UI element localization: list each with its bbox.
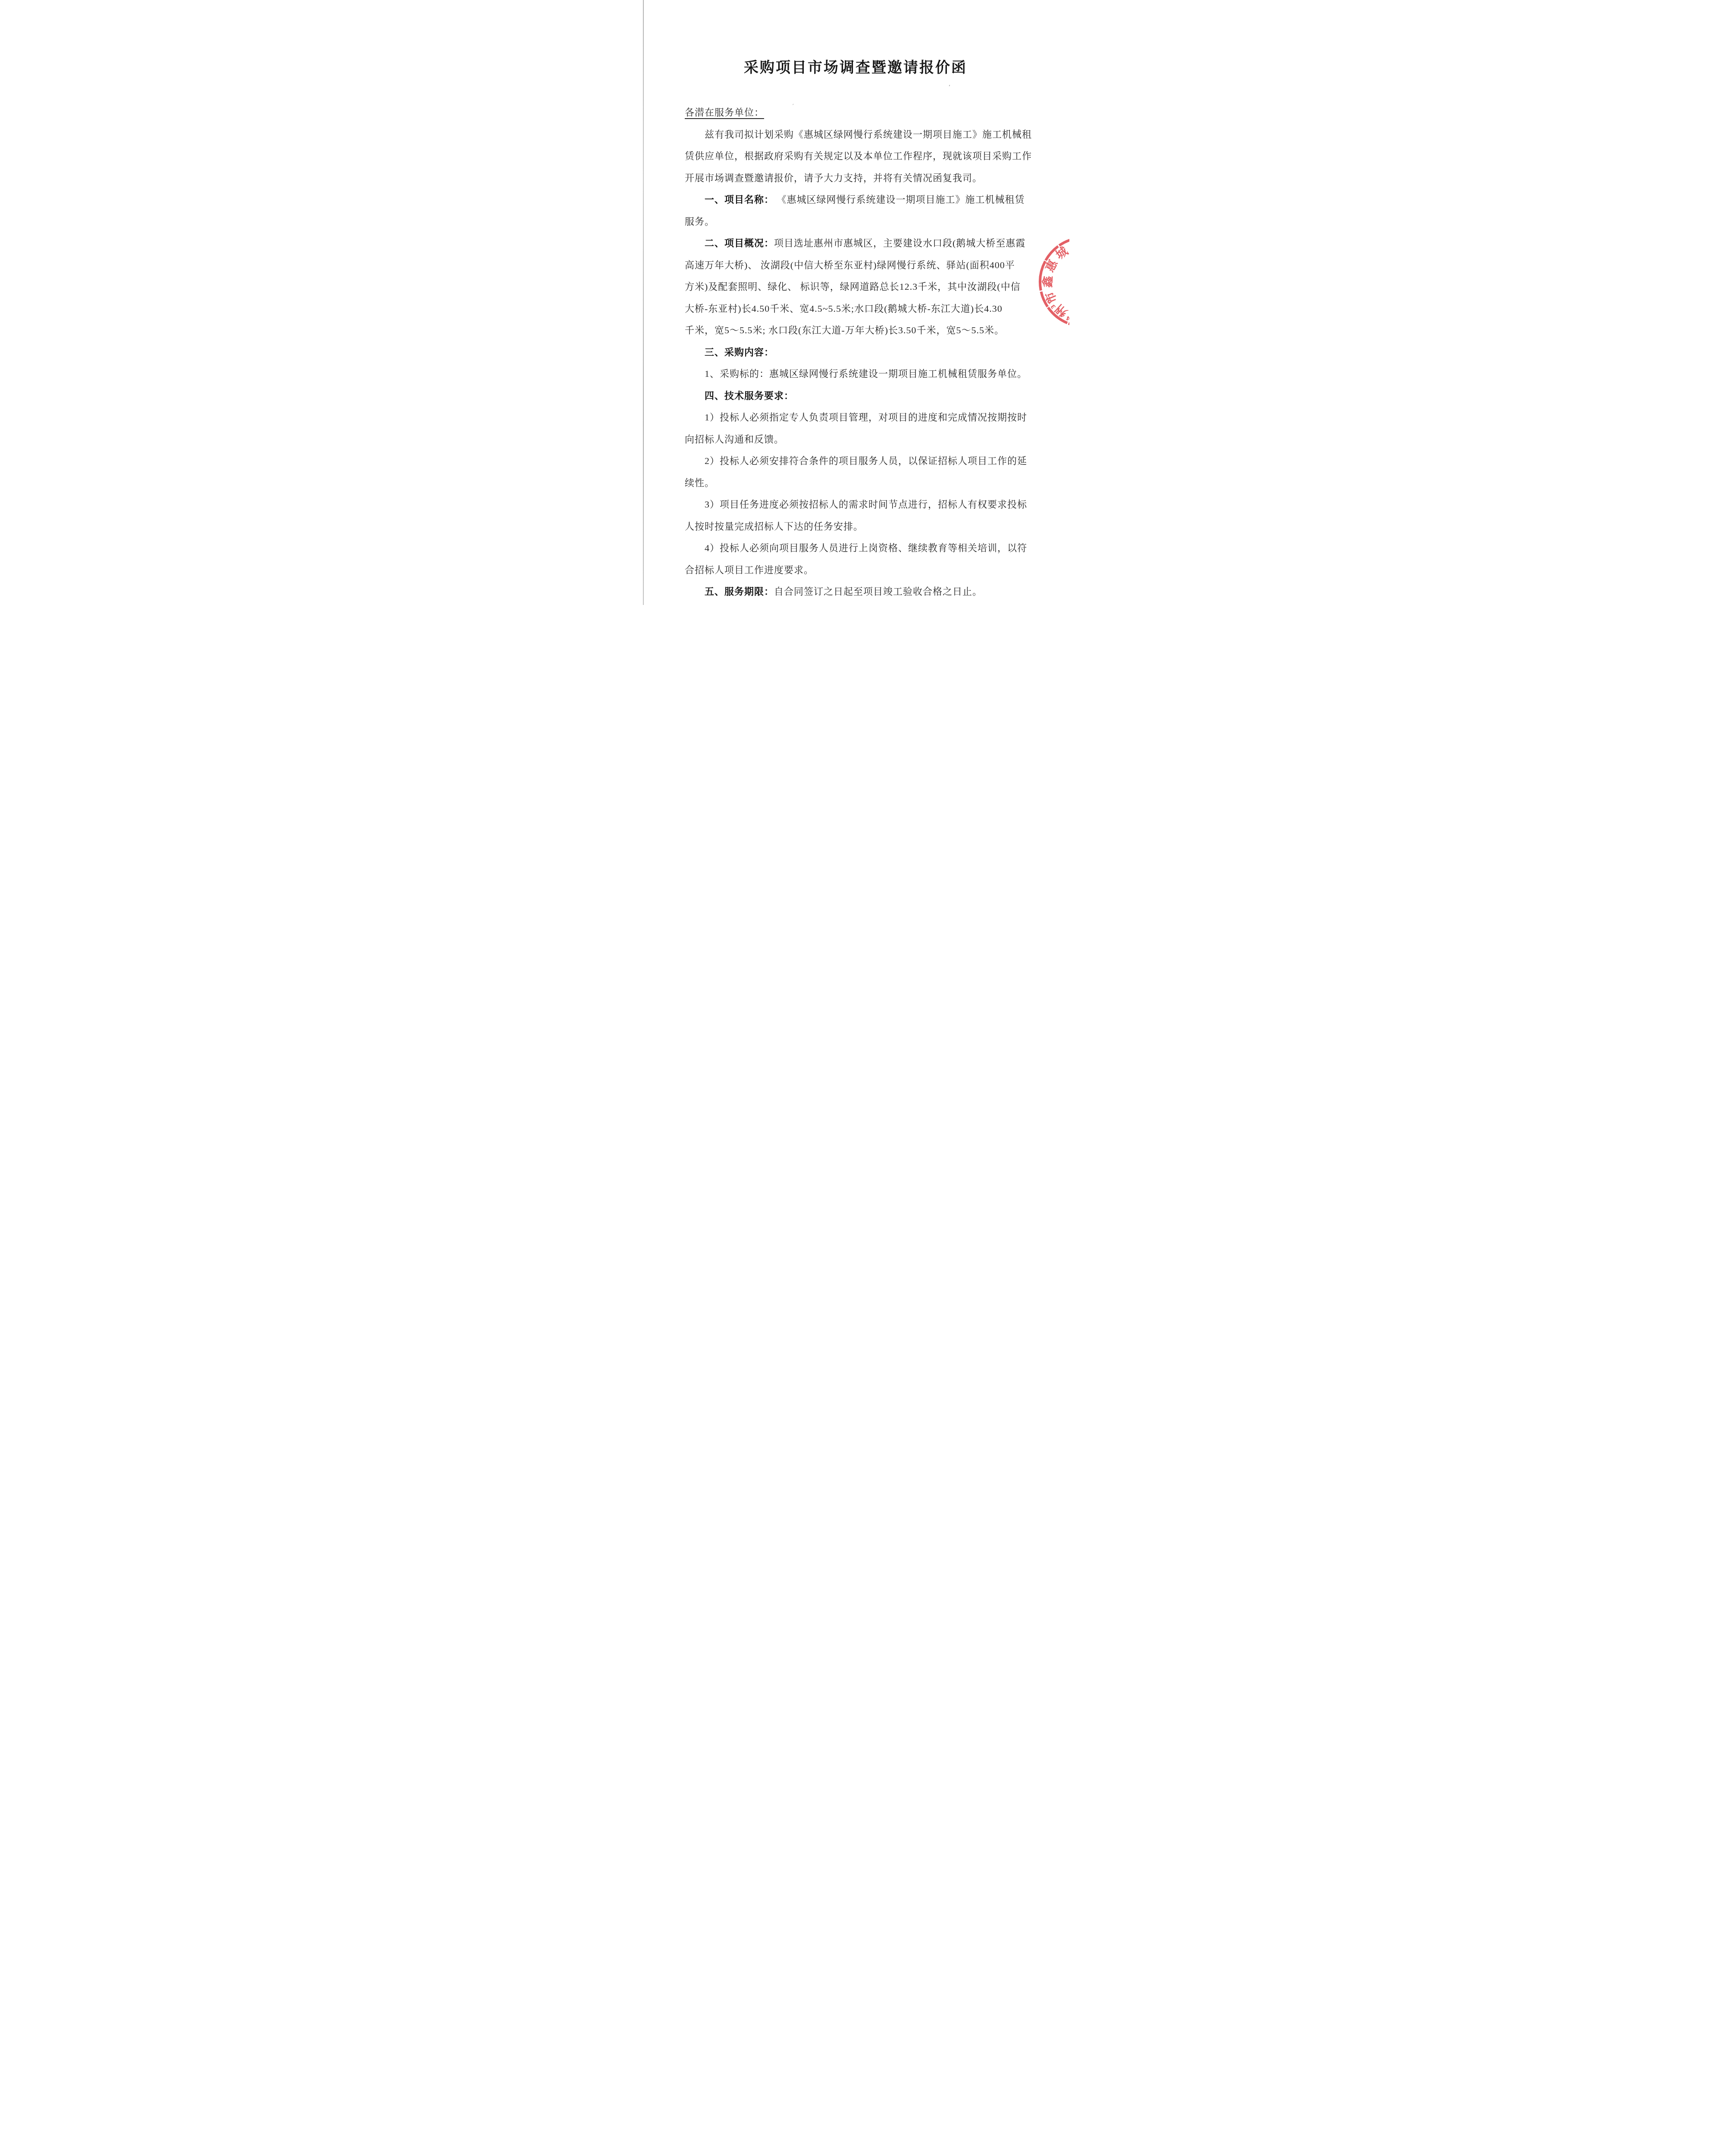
line-text: 高速万年大桥)、 汝湖段(中信大桥至东亚村)绿网慢行系统、驿站(面积400平	[685, 260, 1015, 270]
red-seal-stamp: 惠州市鑫惠城 44130	[1033, 230, 1069, 334]
line-text: 3）项目任务进度必须按招标人的需求时间节点进行，招标人有权要求投标	[705, 499, 1027, 510]
document-line: 人按时按量完成招标人下达的任务安排。	[685, 516, 1037, 538]
line-text: 服务。	[685, 216, 714, 227]
line-text: 自合同签订之日起至项目竣工验收合格之日止。	[774, 586, 982, 597]
line-text: 方米)及配套照明、绿化、 标识等，绿网道路总长12.3千米，其中汝湖段(中信	[685, 281, 1021, 292]
section-label: 一、项目名称：	[705, 194, 774, 205]
page-title: 采购项目市场调查暨邀请报价函	[642, 57, 1069, 78]
document-line: 续性。	[685, 472, 1037, 494]
line-text: 各潜在服务单位：	[685, 107, 764, 118]
line-text: 赁供应单位，根据政府采购有关规定以及本单位工作程序，现就该项目采购工作	[685, 150, 1032, 161]
line-text: 1、采购标的：惠城区绿网慢行系统建设一期项目施工机械租赁服务单位。	[705, 368, 1027, 379]
section-label: 三、采购内容：	[705, 347, 774, 358]
document-line: 开展市场调查暨邀请报价，请予大力支持，并将有关情况函复我司。	[685, 167, 1037, 189]
document-line: 1、采购标的：惠城区绿网慢行系统建设一期项目施工机械租赁服务单位。	[685, 363, 1037, 385]
line-text: 1）投标人必须指定专人负责项目管理，对项目的进度和完成情况按期按时	[705, 412, 1027, 423]
scan-artifact-line	[643, 0, 644, 605]
line-text: 大桥-东亚村)长4.50千米、宽4.5~5.5米;水口段(鹅城大桥-东江大道)长…	[685, 303, 1003, 314]
line-text: 2）投标人必须安排符合条件的项目服务人员，以保证招标人项目工作的延	[705, 455, 1027, 466]
document-line: 五、服务期限：自合同签订之日起至项目竣工验收合格之日止。	[685, 581, 1037, 603]
line-text: 向招标人沟通和反馈。	[685, 434, 784, 445]
line-text: 项目选址惠州市惠城区，主要建设水口段(鹅城大桥至惠霞	[774, 238, 1025, 248]
scan-speck: ’	[949, 85, 950, 90]
document-body: 各潜在服务单位：兹有我司拟计划采购《惠城区绿网慢行系统建设一期项目施工》施工机械…	[685, 102, 1037, 603]
line-text: 续性。	[685, 477, 714, 488]
document-line: 服务。	[685, 211, 1037, 233]
document-line: 2）投标人必须安排符合条件的项目服务人员，以保证招标人项目工作的延	[685, 450, 1037, 472]
line-text: 4）投标人必须向项目服务人员进行上岗资格、继续教育等相关培训，以符	[705, 542, 1027, 553]
document-line: 兹有我司拟计划采购《惠城区绿网慢行系统建设一期项目施工》施工机械租	[685, 124, 1037, 146]
section-label: 五、服务期限：	[705, 586, 774, 597]
document-line: 向招标人沟通和反馈。	[685, 429, 1037, 451]
document-line: 四、技术服务要求：	[685, 385, 1037, 407]
document-line: 方米)及配套照明、绿化、 标识等，绿网道路总长12.3千米，其中汝湖段(中信	[685, 276, 1037, 298]
line-text: 开展市场调查暨邀请报价，请予大力支持，并将有关情况函复我司。	[685, 172, 982, 183]
line-text: 《惠城区绿网慢行系统建设一期项目施工》施工机械租赁	[774, 194, 1025, 205]
line-text: 千米，宽5～5.5米; 水口段(东江大道-万年大桥)长3.50千米，宽5～5.5…	[685, 325, 1004, 335]
line-text: 兹有我司拟计划采购《惠城区绿网慢行系统建设一期项目施工》施工机械租	[705, 129, 1032, 140]
scanned-document-page: ’ ′ 采购项目市场调查暨邀请报价函 各潜在服务单位：兹有我司拟计划采购《惠城区…	[642, 0, 1069, 605]
line-text: 合招标人项目工作进度要求。	[685, 564, 814, 575]
section-label: 四、技术服务要求：	[705, 391, 794, 401]
document-line: 各潜在服务单位：	[685, 102, 1037, 124]
document-line: 大桥-东亚村)长4.50千米、宽4.5~5.5米;水口段(鹅城大桥-东江大道)长…	[685, 298, 1037, 320]
document-line: 二、项目概况：项目选址惠州市惠城区，主要建设水口段(鹅城大桥至惠霞	[685, 232, 1037, 254]
document-line: 3）项目任务进度必须按招标人的需求时间节点进行，招标人有权要求投标	[685, 494, 1037, 516]
document-line: 合招标人项目工作进度要求。	[685, 559, 1037, 581]
document-line: 高速万年大桥)、 汝湖段(中信大桥至东亚村)绿网慢行系统、驿站(面积400平	[685, 254, 1037, 276]
document-line: 4）投标人必须向项目服务人员进行上岗资格、继续教育等相关培训，以符	[685, 537, 1037, 559]
line-text: 人按时按量完成招标人下达的任务安排。	[685, 521, 863, 532]
document-line: 三、采购内容：	[685, 342, 1037, 364]
document-line: 千米，宽5～5.5米; 水口段(东江大道-万年大桥)长3.50千米，宽5～5.5…	[685, 320, 1037, 342]
document-line: 一、项目名称： 《惠城区绿网慢行系统建设一期项目施工》施工机械租赁	[685, 189, 1037, 211]
document-line: 1）投标人必须指定专人负责项目管理，对项目的进度和完成情况按期按时	[685, 407, 1037, 429]
section-label: 二、项目概况：	[705, 238, 774, 249]
document-line: 赁供应单位，根据政府采购有关规定以及本单位工作程序，现就该项目采购工作	[685, 145, 1037, 167]
